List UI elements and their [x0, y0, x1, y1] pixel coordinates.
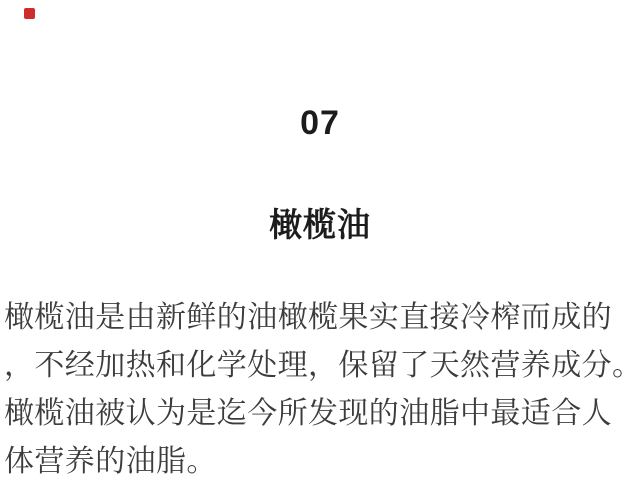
section-number: 07	[0, 104, 640, 143]
red-square-mark	[24, 8, 35, 19]
body-line: 橄榄油被认为是迄今所发现的油脂中最适合人	[4, 390, 640, 438]
body-line: 体营养的油脂。	[4, 438, 640, 483]
body-line: 橄榄油是由新鲜的油橄榄果实直接冷榨而成的	[4, 294, 640, 342]
body-paragraph: 橄榄油是由新鲜的油橄榄果实直接冷榨而成的 ，不经加热和化学处理，保留了天然营养成…	[4, 294, 640, 483]
section-title: 橄榄油	[0, 199, 640, 246]
body-line: ，不经加热和化学处理，保留了天然营养成分。	[4, 342, 640, 390]
article-page: 07 橄榄油 橄榄油是由新鲜的油橄榄果实直接冷榨而成的 ，不经加热和化学处理，保…	[0, 0, 640, 483]
